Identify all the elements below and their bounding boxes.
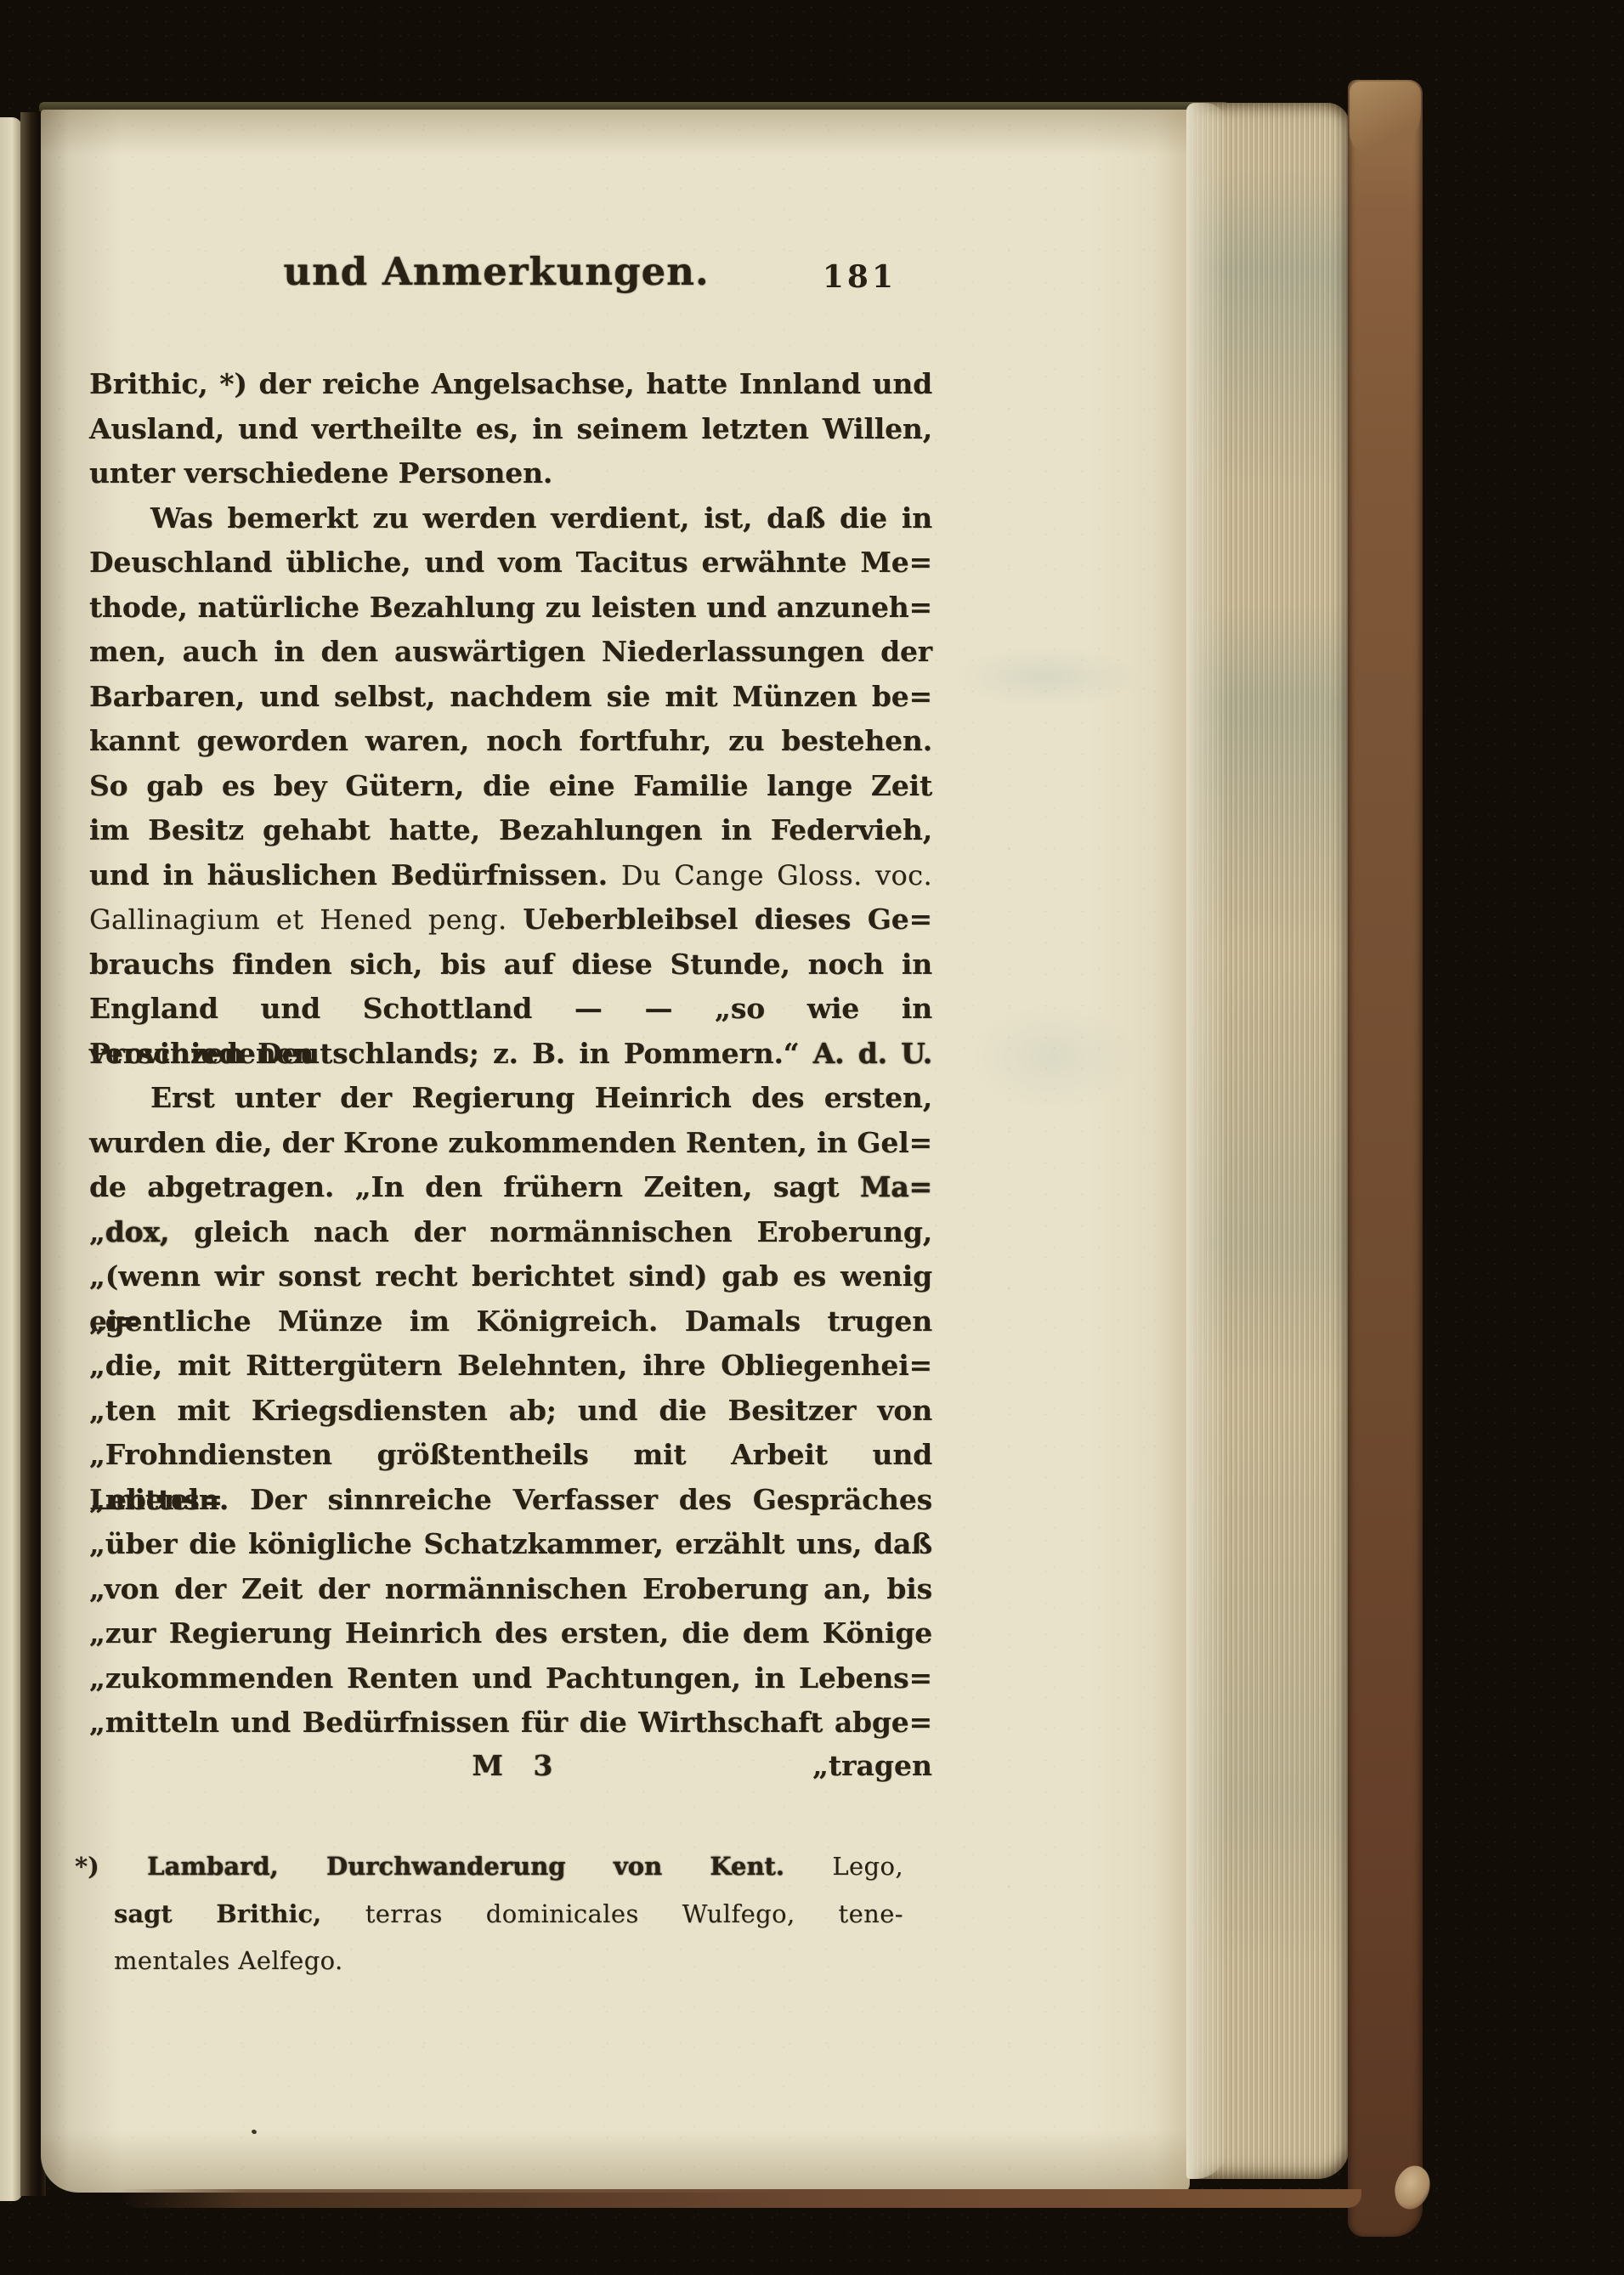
text-segment: *) — [75, 1852, 147, 1881]
text-segment: gleich nach der normännischen Eroberung, — [169, 1215, 932, 1248]
text-line: „über die königliche Schatzkammer, erzäh… — [89, 1522, 932, 1567]
text-line: „mitteln und Bedürfnissen für die Wirths… — [89, 1701, 932, 1746]
text-segment: „von der Zeit der normännischen Eroberun… — [89, 1572, 932, 1605]
text-line: kannt geworden waren, noch fortfuhr, zu … — [89, 719, 932, 764]
running-head: und Anmerkungen. 181 — [89, 249, 932, 305]
text-line: „dox, gleich nach der normännischen Erob… — [89, 1210, 932, 1255]
fore-edge-pages — [1186, 103, 1350, 2179]
text-segment: wurden die, der Krone zukommenden Renten… — [89, 1126, 932, 1159]
book-scan-photo: und Anmerkungen. 181 Brithic, *) der rei… — [0, 0, 1624, 2275]
text-segment: Gallinagium et Hened peng. — [89, 903, 523, 936]
text-line: „Frohndiensten größtentheils mit Arbeit … — [89, 1433, 932, 1478]
text-segment: Provinzen Deutschlands; z. B. in Pommern… — [89, 1037, 813, 1070]
text-segment: Deuschland übliche, und vom Tacitus erwä… — [89, 546, 932, 579]
page-number: 181 — [823, 259, 897, 295]
text-segment: So gab es bey Gütern, die eine Familie l… — [89, 769, 932, 802]
show-through-stain — [952, 645, 1139, 709]
facing-page-sliver — [0, 117, 22, 2201]
text-line: Ausland, und vertheilte es, in seinem le… — [89, 407, 932, 452]
text-segment: „gentliche Münze im Königreich. Damals t… — [89, 1304, 932, 1338]
text-segment: A. d. U. — [813, 1037, 932, 1070]
body-text: Brithic, *) der reiche Angelsachse, hatt… — [89, 362, 932, 1746]
catchword: „tragen — [812, 1743, 932, 1788]
text-line: Provinzen Deutschlands; z. B. in Pommern… — [89, 1032, 932, 1077]
text-line: „mitteln. Der sinnreiche Verfasser des G… — [89, 1478, 932, 1523]
text-line: England und Schottland — — „so wie in ve… — [89, 987, 932, 1032]
text-line: de abgetragen. „In den frühern Zeiten, s… — [89, 1165, 932, 1210]
text-segment: mentales Aelfego. — [114, 1946, 343, 1975]
text-line: brauchs finden sich, bis auf diese Stund… — [89, 942, 932, 988]
text-line: Erst unter der Regierung Heinrich des er… — [89, 1076, 932, 1121]
book-page: und Anmerkungen. 181 Brithic, *) der rei… — [41, 110, 1190, 2193]
text-line: Deuschland übliche, und vom Tacitus erwä… — [89, 540, 932, 586]
page-title: und Anmerkungen. — [89, 249, 903, 294]
text-segment: men, auch in den auswärtigen Niederlassu… — [89, 635, 932, 668]
text-line: „(wenn wir sonst recht berichtet sind) g… — [89, 1254, 932, 1299]
footnote: *) Lambard, Durchwanderung von Kent. Leg… — [75, 1843, 903, 1985]
text-line: „die, mit Rittergütern Belehnten, ihre O… — [89, 1344, 932, 1389]
text-segment: Du Cange Gloss. voc. — [621, 859, 932, 891]
text-line: im Besitz gehabt hatte, Bezahlungen in F… — [89, 808, 932, 853]
text-segment: Ueberbleibsel dieses Ge= — [523, 903, 932, 936]
text-segment: Barbaren, und selbst, nachdem sie mit Mü… — [89, 680, 932, 713]
text-line: „zur Regierung Heinrich des ersten, die … — [89, 1611, 932, 1656]
text-segment: und in häuslichen Bedürfnissen. — [89, 858, 621, 891]
text-segment: dox, — [105, 1215, 169, 1248]
fore-edge-fade — [1186, 103, 1227, 2179]
text-line: und in häuslichen Bedürfnissen. Du Cange… — [89, 853, 932, 898]
footnote-line: *) Lambard, Durchwanderung von Kent. Leg… — [75, 1843, 903, 1891]
text-line: So gab es bey Gütern, die eine Familie l… — [89, 764, 932, 809]
text-segment: Ausland, und vertheilte es, in seinem le… — [89, 412, 932, 445]
text-segment: terras dominicales Wulfego, tene- — [365, 1899, 903, 1928]
text-line: thode, natürliche Bezahlung zu leisten u… — [89, 586, 932, 631]
ink-speck — [251, 2129, 257, 2135]
leather-cover-strip — [1348, 80, 1423, 2237]
show-through-stain — [967, 1002, 1137, 1112]
text-segment: Erst unter der Regierung Heinrich des er… — [150, 1081, 932, 1114]
text-line: men, auch in den auswärtigen Niederlassu… — [89, 630, 932, 675]
text-segment: Ma= — [860, 1170, 932, 1203]
signature-mark: M 3 — [472, 1743, 563, 1788]
text-line: Gallinagium et Hened peng. Ueberbleibsel… — [89, 897, 932, 942]
text-line: „ten mit Kriegsdiensten ab; und die Besi… — [89, 1389, 932, 1434]
text-segment: im Besitz gehabt hatte, Bezahlungen in F… — [89, 813, 932, 846]
text-segment: „ten mit Kriegsdiensten ab; und die Besi… — [89, 1394, 932, 1427]
text-segment: „mitteln und Bedürfnissen für die Wirths… — [89, 1706, 932, 1739]
text-segment: Lambard, Durchwanderung von Kent. — [147, 1852, 784, 1881]
text-line: „zukommenden Renten und Pachtungen, in L… — [89, 1656, 932, 1701]
text-segment: „die, mit Rittergütern Belehnten, ihre O… — [89, 1349, 932, 1382]
text-segment: „zukommenden Renten und Pachtungen, in L… — [89, 1661, 932, 1695]
text-segment: brauchs finden sich, bis auf diese Stund… — [89, 948, 932, 981]
page-block-bottom-edge — [119, 2189, 1361, 2208]
text-segment — [784, 1852, 832, 1881]
text-line: unter verschiedene Personen. — [89, 451, 932, 496]
signature-line: M 3 „tragen — [89, 1743, 932, 1788]
footnote-line: mentales Aelfego. — [75, 1938, 903, 1985]
text-line: wurden die, der Krone zukommenden Renten… — [89, 1121, 932, 1166]
text-segment: „mitteln. Der sinnreiche Verfasser des G… — [89, 1483, 932, 1516]
text-segment: sagt Brithic, — [114, 1899, 365, 1928]
text-segment: Lego, — [832, 1852, 903, 1881]
text-segment: de abgetragen. „In den frühern Zeiten, s… — [89, 1170, 860, 1203]
text-line: „von der Zeit der normännischen Eroberun… — [89, 1567, 932, 1612]
text-line: „gentliche Münze im Königreich. Damals t… — [89, 1299, 932, 1344]
text-segment: Brithic, *) der reiche Angelsachse, hatt… — [89, 367, 932, 400]
text-segment: unter verschiedene Personen. — [89, 456, 552, 490]
text-segment: „über die königliche Schatzkammer, erzäh… — [89, 1527, 932, 1560]
text-line: Barbaren, und selbst, nachdem sie mit Mü… — [89, 675, 932, 720]
text-line: Was bemerkt zu werden verdient, ist, daß… — [89, 496, 932, 541]
text-segment: thode, natürliche Bezahlung zu leisten u… — [89, 591, 932, 624]
text-segment: Was bemerkt zu werden verdient, ist, daß… — [150, 501, 932, 535]
text-segment: kannt geworden waren, noch fortfuhr, zu … — [89, 724, 932, 757]
text-segment: „ — [89, 1215, 105, 1248]
text-segment: „zur Regierung Heinrich des ersten, die … — [89, 1616, 932, 1650]
footnote-line: sagt Brithic, terras dominicales Wulfego… — [75, 1891, 903, 1938]
text-line: Brithic, *) der reiche Angelsachse, hatt… — [89, 362, 932, 407]
